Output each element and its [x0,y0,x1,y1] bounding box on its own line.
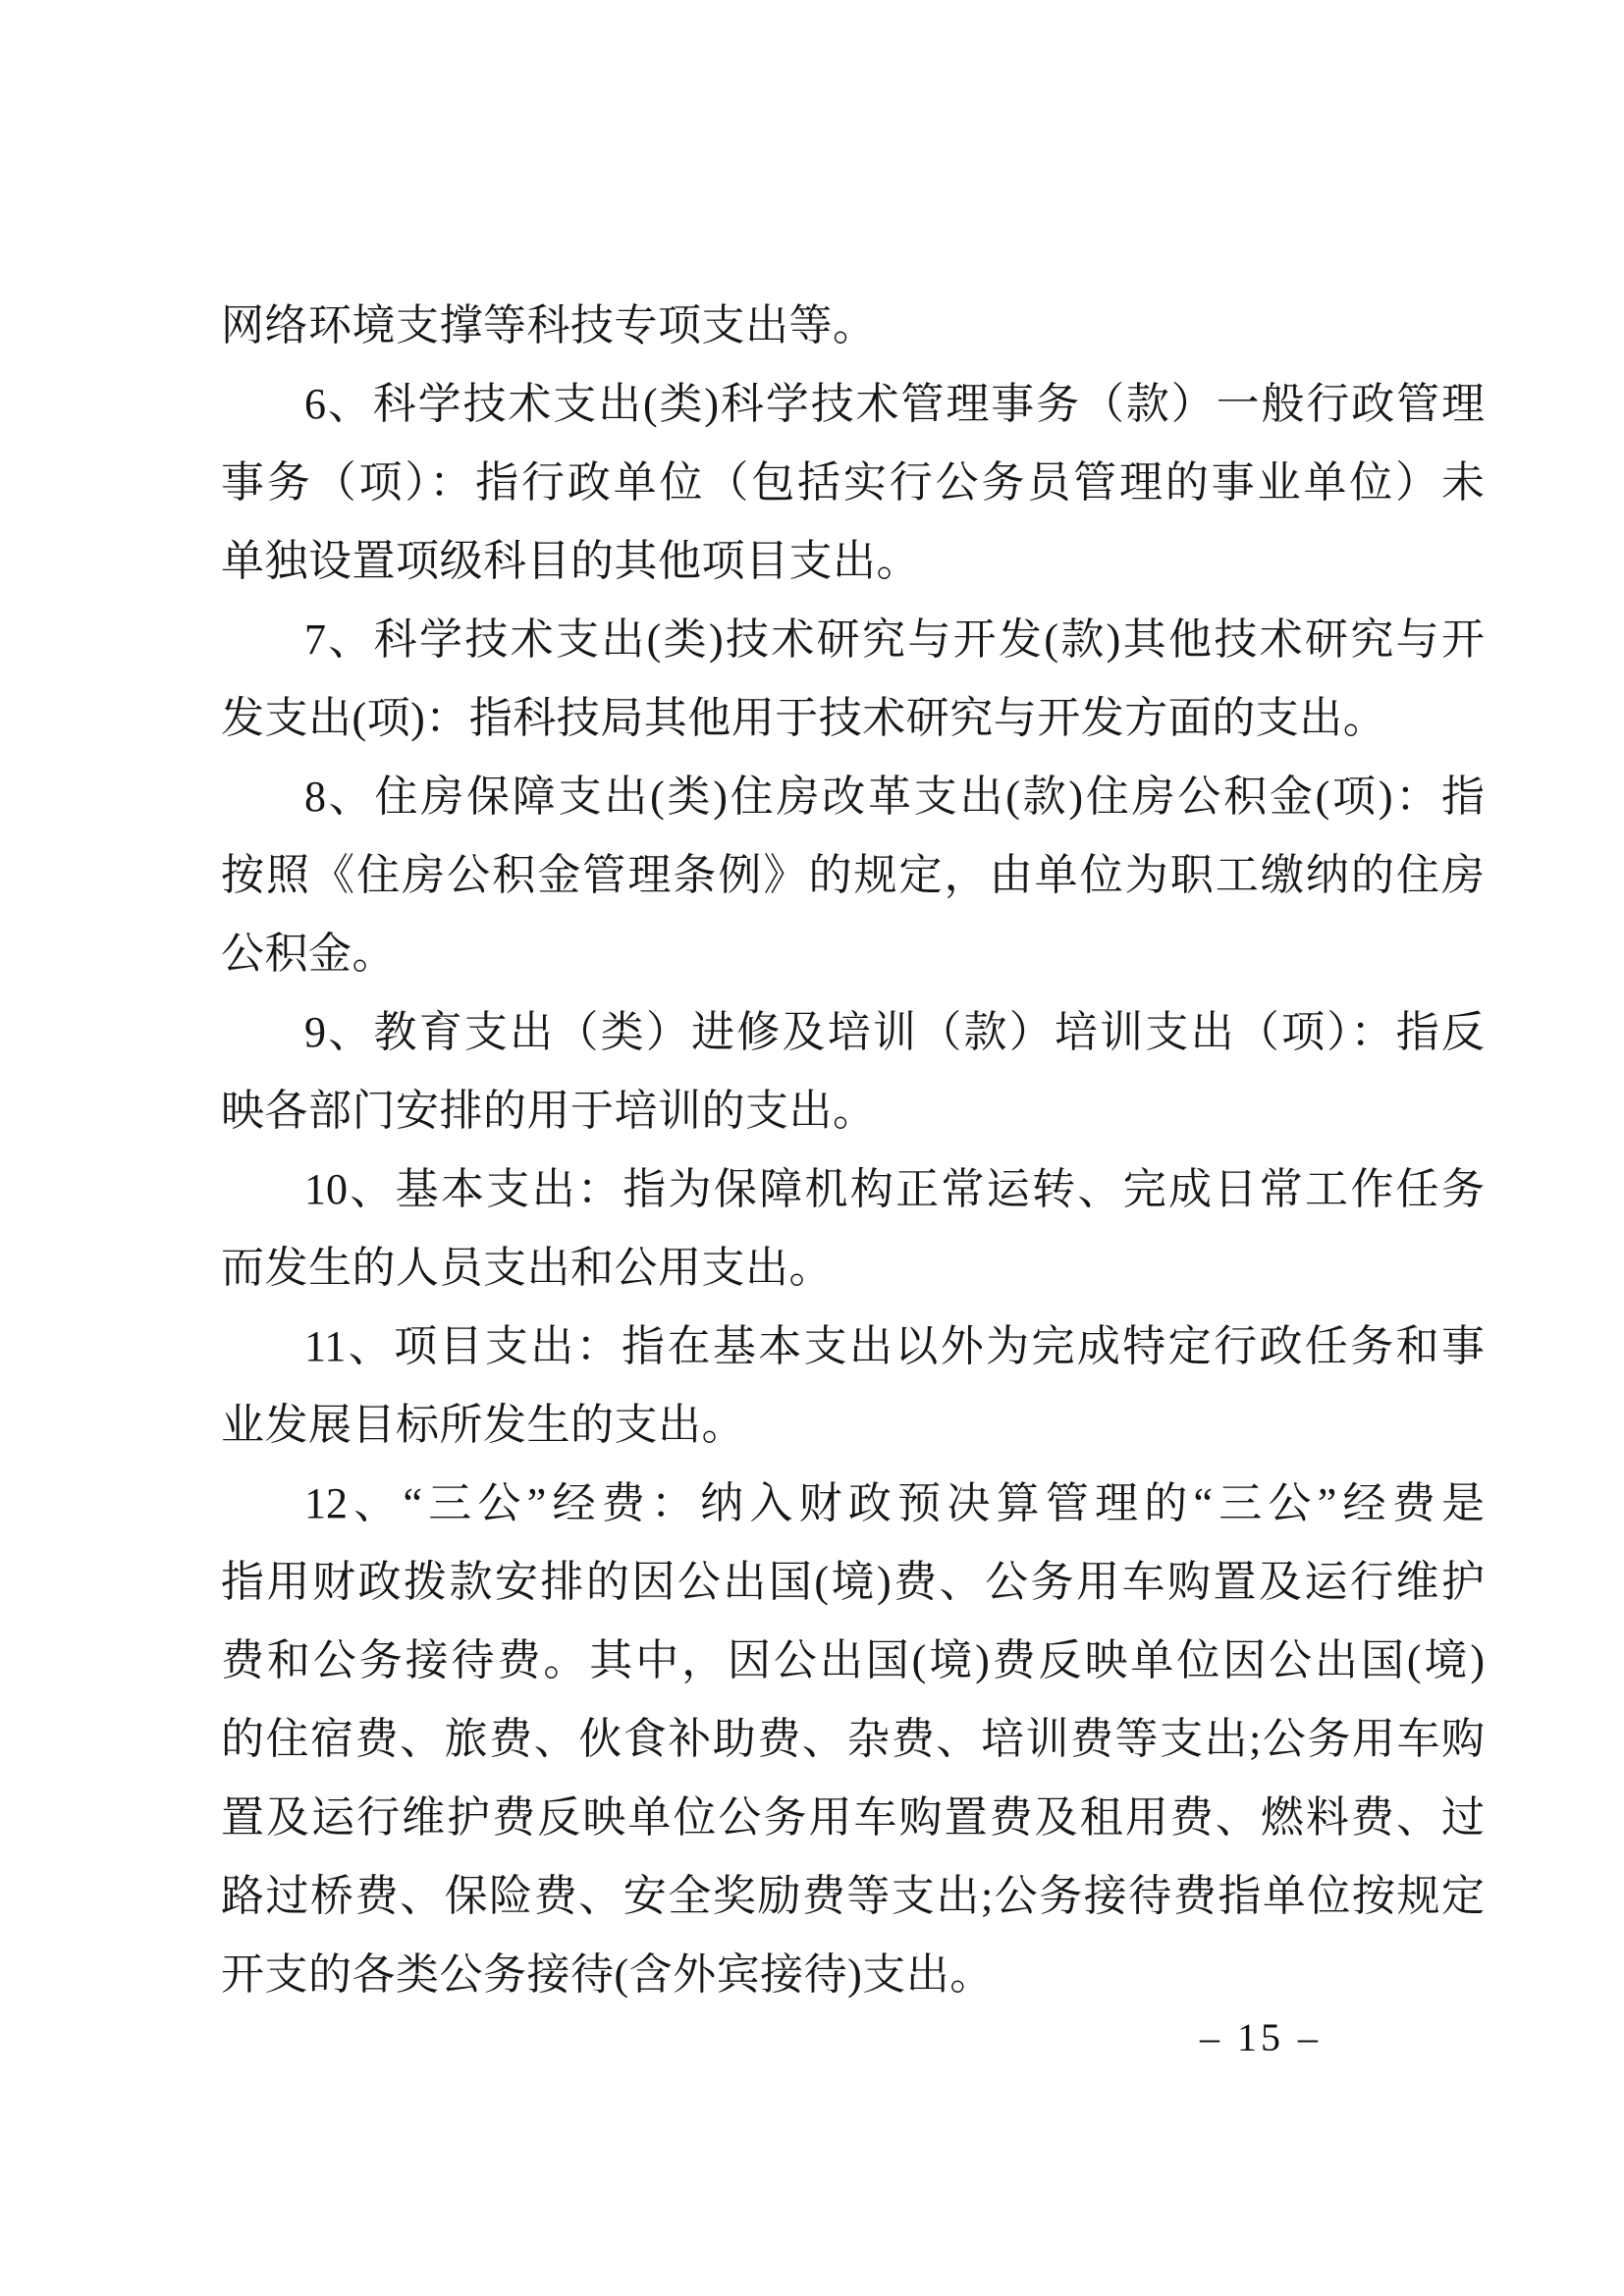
text-line: 8、住房保障支出(类)住房改革支出(款)住房公积金(项)：指 [221,758,1485,836]
text-line: 路过桥费、保险费、安全奖励费等支出;公务接待费指单位按规定 [221,1857,1485,1936]
text-line: 单独设置项级科目的其他项目支出。 [221,522,1485,601]
text-line: 7、科学技术支出(类)技术研究与开发(款)其他技术研究与开 [221,601,1485,679]
page-number: – 15 – [1200,2014,1322,2061]
text-line: 11、项目支出：指在基本支出以外为完成特定行政任务和事 [221,1308,1485,1386]
text-line: 6、科学技术支出(类)科学技术管理事务（款）一般行政管理 [221,365,1485,444]
text-line: 而发生的人员支出和公用支出。 [221,1229,1485,1308]
text-line: 的住宿费、旅费、伙食补助费、杂费、培训费等支出;公务用车购 [221,1700,1485,1779]
body-text-block: 网络环境支撑等科技专项支出等。6、科学技术支出(类)科学技术管理事务（款）一般行… [221,287,1485,2014]
text-line: 费和公务接待费。其中，因公出国(境)费反映单位因公出国(境) [221,1622,1485,1700]
text-line: 开支的各类公务接待(含外宾接待)支出。 [221,1936,1485,2014]
text-line: 指用财政拨款安排的因公出国(境)费、公务用车购置及运行维护 [221,1543,1485,1622]
text-line: 网络环境支撑等科技专项支出等。 [221,287,1485,365]
document-page: 网络环境支撑等科技专项支出等。6、科学技术支出(类)科学技术管理事务（款）一般行… [0,0,1624,2296]
text-line: 置及运行维护费反映单位公务用车购置费及租用费、燃料费、过 [221,1779,1485,1857]
text-line: 按照《住房公积金管理条例》的规定，由单位为职工缴纳的住房 [221,836,1485,915]
text-line: 映各部门安排的用于培训的支出。 [221,1072,1485,1150]
text-line: 公积金。 [221,915,1485,993]
text-line: 10、基本支出：指为保障机构正常运转、完成日常工作任务 [221,1150,1485,1229]
text-line: 12、“三公”经费：纳入财政预决算管理的“三公”经费是 [221,1465,1485,1543]
text-line: 9、教育支出（类）进修及培训（款）培训支出（项）：指反 [221,993,1485,1072]
text-line: 发支出(项)：指科技局其他用于技术研究与开发方面的支出。 [221,679,1485,758]
text-line: 业发展目标所发生的支出。 [221,1386,1485,1465]
text-line: 事务（项）：指行政单位（包括实行公务员管理的事业单位）未 [221,444,1485,522]
